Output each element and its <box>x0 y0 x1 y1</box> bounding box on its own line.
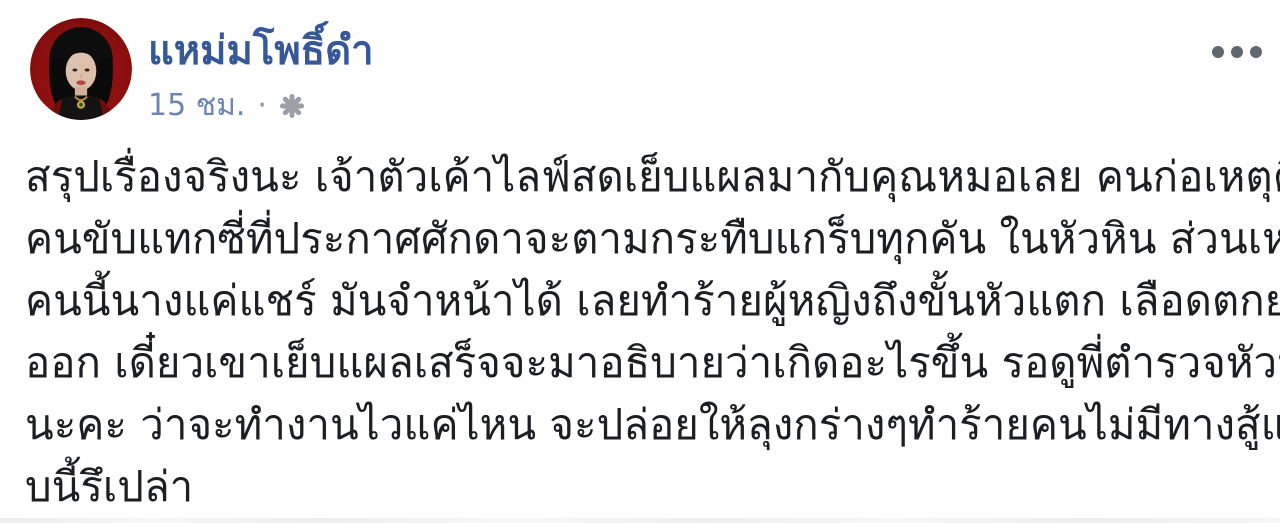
post-header: แหม่มโพธิ์ดำ 15 ชม. · <box>148 28 374 129</box>
post-body: สรุปเรื่องจริงนะ เจ้าตัวเค้าไลฟ์สดเย็บแผ… <box>25 146 1265 518</box>
attachment-top-edge <box>0 518 1280 523</box>
body-line: คนขับแทกซี่ที่ประกาศศักดาจะตามกระทืบแกร็… <box>25 208 1265 270</box>
body-line: ออก เดี๋ยวเขาเย็บแผลเสร็จจะมาอธิบายว่าเก… <box>25 332 1265 394</box>
body-line: นะคะ ว่าจะทำงานไวแค่ไหน จะปล่อยให้ลุงกร่… <box>25 394 1265 456</box>
avatar[interactable] <box>30 18 132 120</box>
author-name[interactable]: แหม่มโพธิ์ดำ <box>148 28 374 74</box>
body-line: สรุปเรื่องจริงนะ เจ้าตัวเค้าไลฟ์สดเย็บแผ… <box>25 146 1265 208</box>
timestamp[interactable]: 15 ชม. <box>148 82 245 129</box>
facebook-post: แหม่มโพธิ์ดำ 15 ชม. · <box>0 0 1280 523</box>
ellipsis-dot <box>1212 46 1224 58</box>
more-options-button[interactable] <box>1206 40 1268 64</box>
ellipsis-dot <box>1250 46 1262 58</box>
body-line: บนี้รึเปล่า <box>25 456 1265 518</box>
ellipsis-dot <box>1231 46 1243 58</box>
post-meta: 15 ชม. · <box>148 82 374 129</box>
body-line: คนนี้นางแค่แชร์ มันจำหน้าได้ เลยทำร้ายผู… <box>25 270 1265 332</box>
avatar-image <box>30 18 132 120</box>
public-globe-icon <box>279 93 305 119</box>
meta-separator: · <box>257 88 267 123</box>
